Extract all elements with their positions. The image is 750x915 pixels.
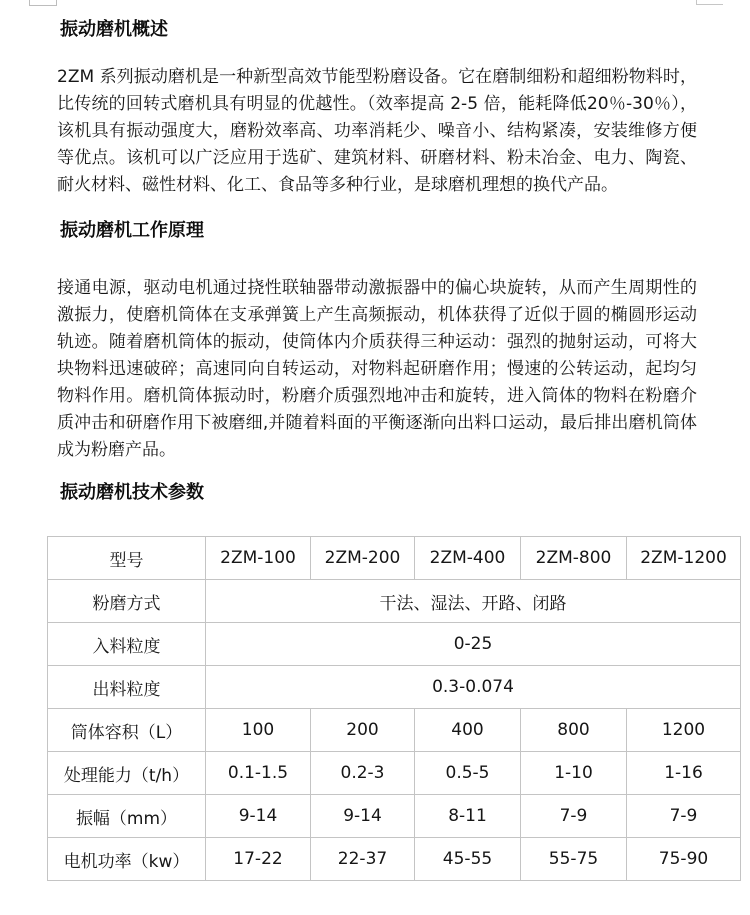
section-heading-working-principle: 振动磨机工作原理 bbox=[60, 221, 750, 241]
spec-value-cell: 1-10 bbox=[521, 752, 627, 795]
spec-header-cell: 2ZM-200 bbox=[311, 537, 415, 580]
spec-value-cell: 9-14 bbox=[311, 795, 415, 838]
spec-merged-cell: 0.3-0.074 bbox=[206, 666, 741, 709]
spec-header-cell: 2ZM-400 bbox=[415, 537, 521, 580]
spec-value-cell: 9-14 bbox=[206, 795, 311, 838]
section-heading-technical-parameters: 振动磨机技术参数 bbox=[60, 483, 750, 503]
spec-value-cell: 55-75 bbox=[521, 838, 627, 881]
table-row-model: 型号 2ZM-100 2ZM-200 2ZM-400 2ZM-800 2ZM-1… bbox=[48, 537, 741, 580]
table-row-discharge-size: 出料粒度 0.3-0.074 bbox=[48, 666, 741, 709]
spec-value-cell: 400 bbox=[415, 709, 521, 752]
spec-merged-cell: 干法、湿法、开路、闭路 bbox=[206, 580, 741, 623]
spec-label-cell: 粉磨方式 bbox=[48, 580, 206, 623]
table-row-amplitude: 振幅（mm） 9-14 9-14 8-11 7-9 7-9 bbox=[48, 795, 741, 838]
overview-paragraph: 2ZM 系列振动磨机是一种新型高效节能型粉磨设备。它在磨制细粉和超细粉物料时，比… bbox=[57, 64, 697, 199]
specs-table: 型号 2ZM-100 2ZM-200 2ZM-400 2ZM-800 2ZM-1… bbox=[47, 536, 741, 881]
spec-header-cell: 2ZM-1200 bbox=[627, 537, 741, 580]
spec-value-cell: 0.1-1.5 bbox=[206, 752, 311, 795]
table-row-capacity: 处理能力（t/h） 0.1-1.5 0.2-3 0.5-5 1-10 1-16 bbox=[48, 752, 741, 795]
document-page: 振动磨机概述 2ZM 系列振动磨机是一种新型高效节能型粉磨设备。它在磨制细粉和超… bbox=[0, 0, 750, 915]
spec-label-cell: 筒体容积（L） bbox=[48, 709, 206, 752]
spec-label-cell: 出料粒度 bbox=[48, 666, 206, 709]
spec-value-cell: 200 bbox=[311, 709, 415, 752]
spec-value-cell: 8-11 bbox=[415, 795, 521, 838]
table-row-motor-power: 电机功率（kw） 17-22 22-37 45-55 55-75 75-90 bbox=[48, 838, 741, 881]
spec-value-cell: 7-9 bbox=[627, 795, 741, 838]
scan-corner-mark-right bbox=[696, 0, 723, 5]
scan-corner-mark-left bbox=[29, 0, 57, 6]
spec-header-cell: 2ZM-800 bbox=[521, 537, 627, 580]
section-heading-overview: 振动磨机概述 bbox=[60, 20, 750, 40]
spec-value-cell: 1200 bbox=[627, 709, 741, 752]
spec-value-cell: 0.2-3 bbox=[311, 752, 415, 795]
spec-value-cell: 75-90 bbox=[627, 838, 741, 881]
spec-value-cell: 800 bbox=[521, 709, 627, 752]
spec-header-cell: 2ZM-100 bbox=[206, 537, 311, 580]
spec-label-cell: 处理能力（t/h） bbox=[48, 752, 206, 795]
spec-label-cell: 振幅（mm） bbox=[48, 795, 206, 838]
spec-label-cell: 型号 bbox=[48, 537, 206, 580]
spec-merged-cell: 0-25 bbox=[206, 623, 741, 666]
spec-label-cell: 电机功率（kw） bbox=[48, 838, 206, 881]
table-row-grinding-method: 粉磨方式 干法、湿法、开路、闭路 bbox=[48, 580, 741, 623]
spec-value-cell: 1-16 bbox=[627, 752, 741, 795]
spec-value-cell: 17-22 bbox=[206, 838, 311, 881]
table-row-feed-size: 入料粒度 0-25 bbox=[48, 623, 741, 666]
spec-label-cell: 入料粒度 bbox=[48, 623, 206, 666]
spec-value-cell: 0.5-5 bbox=[415, 752, 521, 795]
spec-value-cell: 100 bbox=[206, 709, 311, 752]
spec-value-cell: 7-9 bbox=[521, 795, 627, 838]
spec-value-cell: 22-37 bbox=[311, 838, 415, 881]
table-row-cylinder-volume: 筒体容积（L） 100 200 400 800 1200 bbox=[48, 709, 741, 752]
working-principle-paragraph: 接通电源，驱动电机通过挠性联轴器带动激振器中的偏心块旋转，从而产生周期性的激振力… bbox=[57, 275, 697, 464]
spec-value-cell: 45-55 bbox=[415, 838, 521, 881]
